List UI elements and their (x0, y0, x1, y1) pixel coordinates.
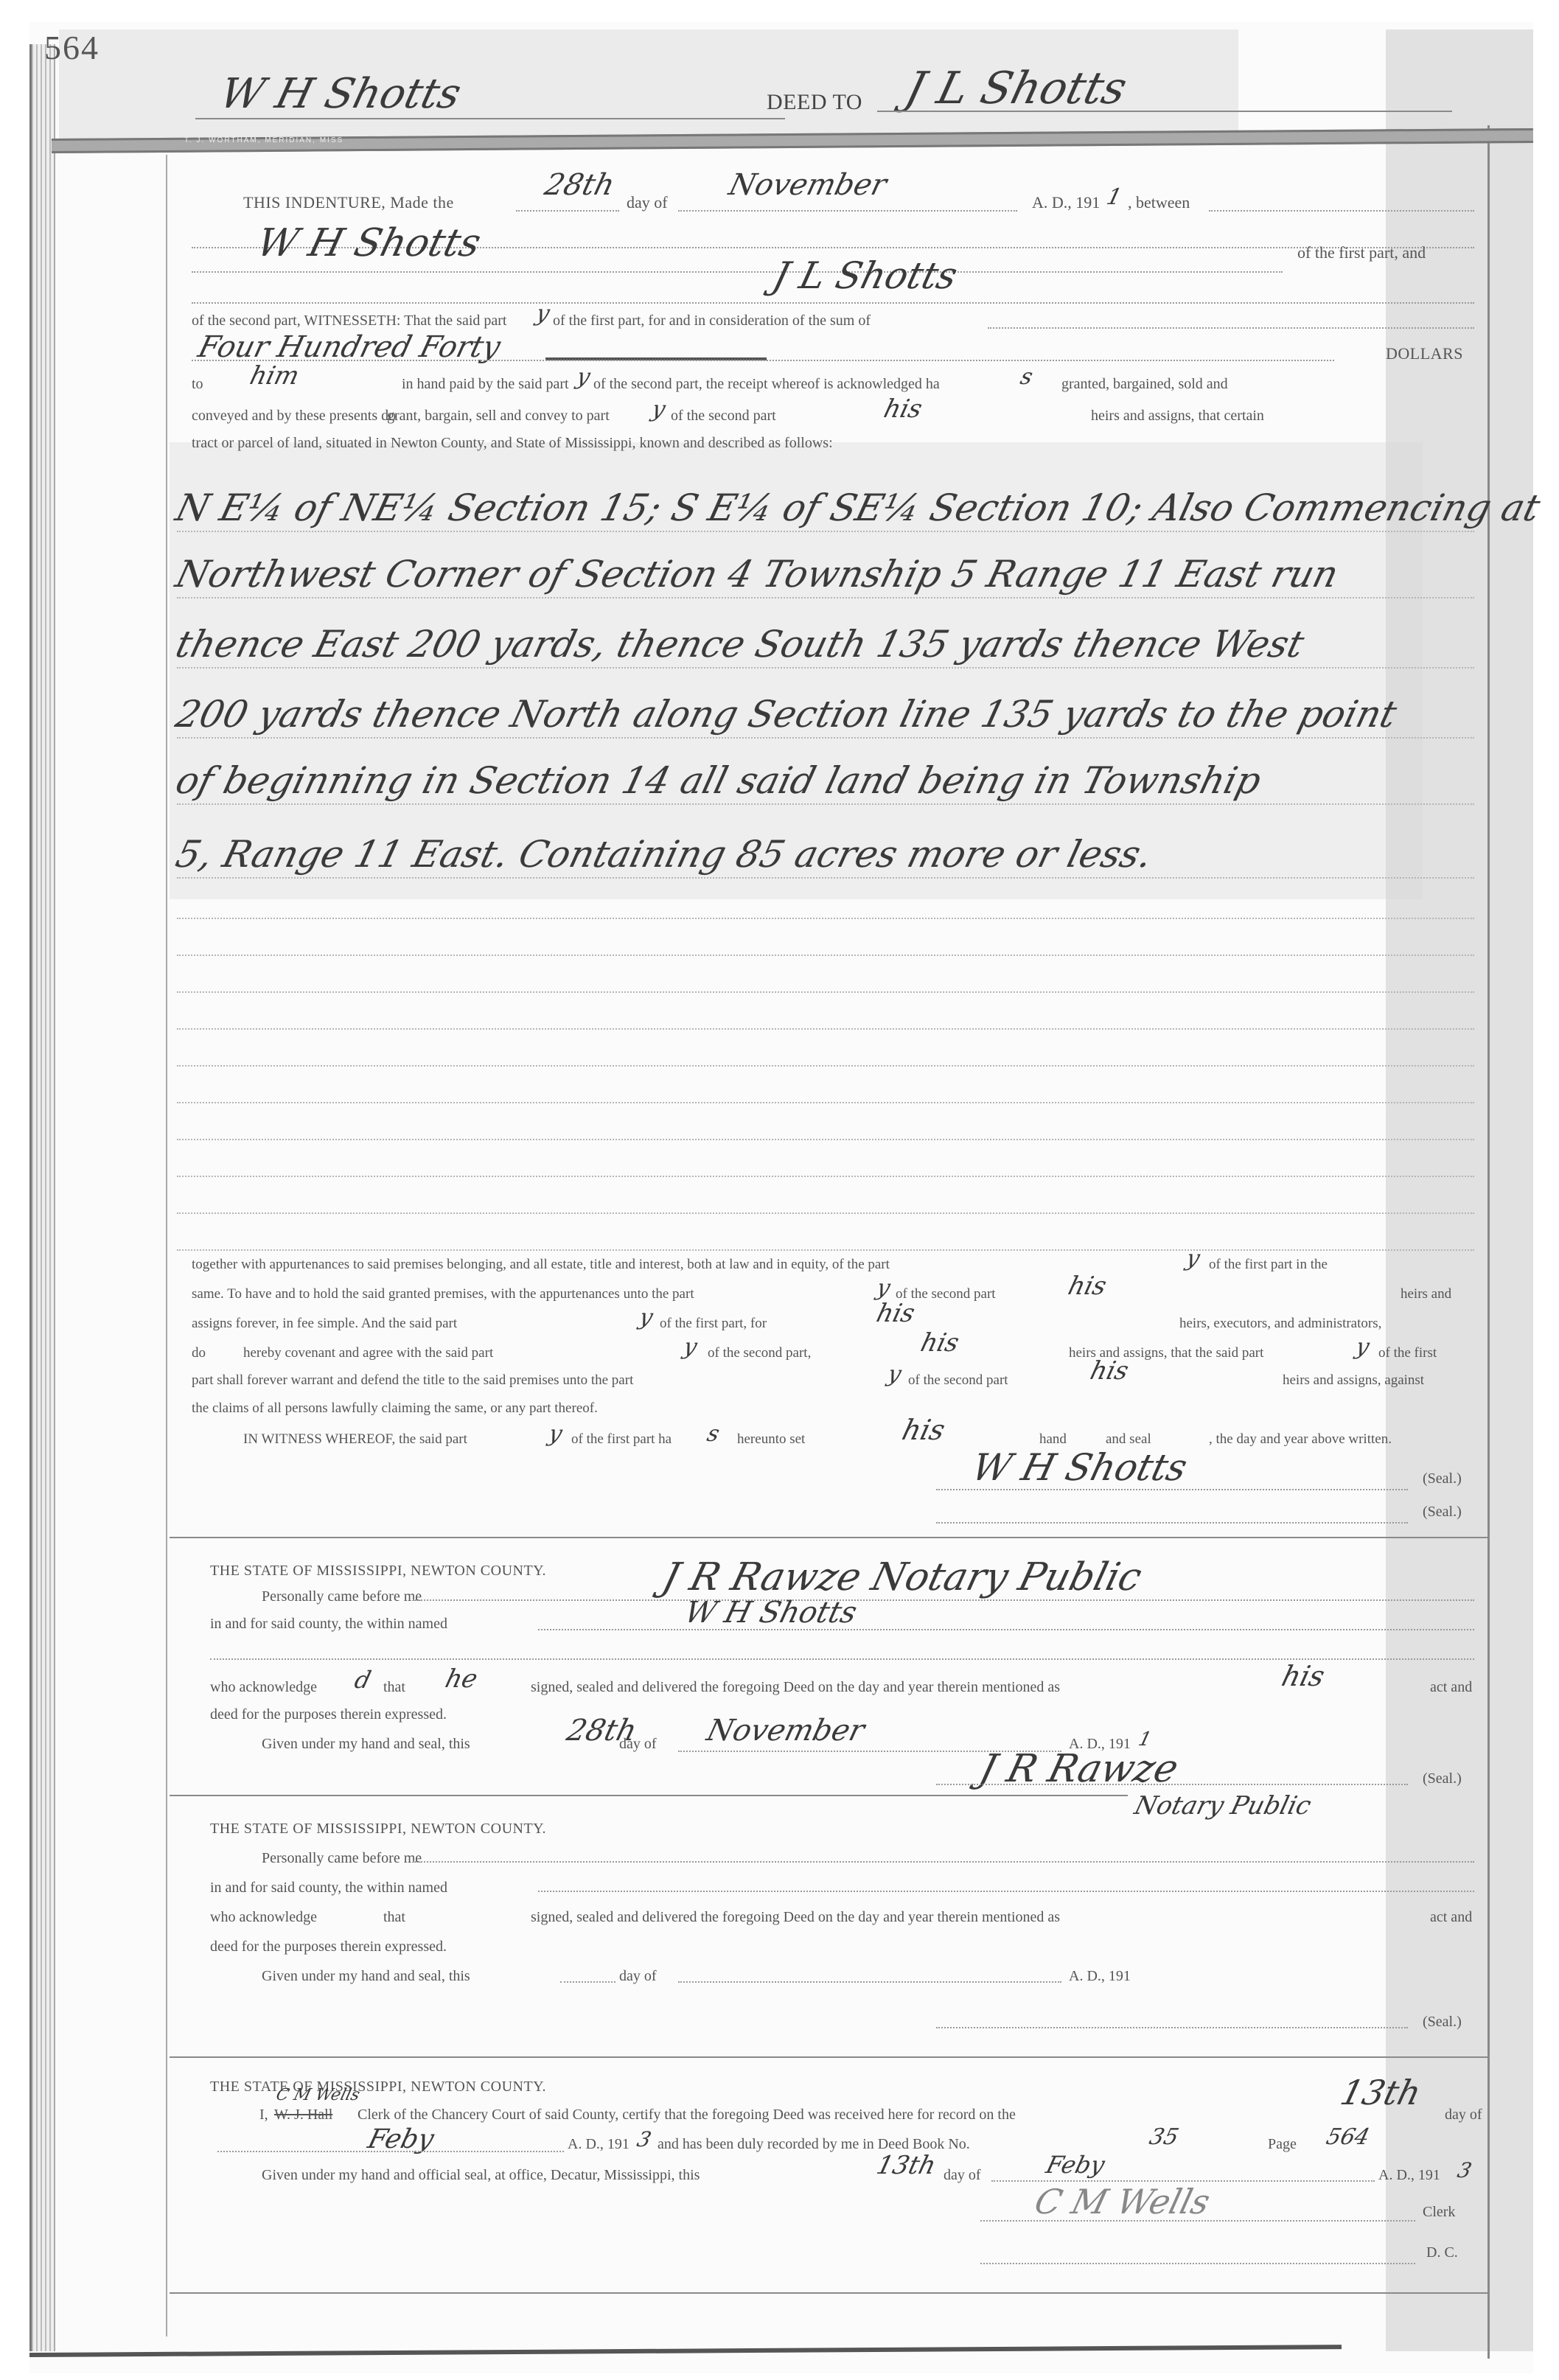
first-part-label: of the first part, and (1297, 243, 1426, 262)
ack2-came-before: Personally came before me (262, 1850, 422, 1867)
ack2-sig-rule (936, 2027, 1408, 2028)
habendum-line-3c: heirs, executors, and administrators, (1179, 1316, 1381, 1332)
land-rule (177, 1212, 1474, 1214)
signature-rule-1 (936, 1489, 1408, 1490)
frame-left-line (166, 155, 167, 2337)
heirs-pronoun: his (881, 394, 925, 424)
second-party-name: J L Shotts (769, 254, 962, 297)
habendum-line-4a: do (192, 1345, 206, 1361)
cert-c: day of (1445, 2107, 1482, 2123)
tract-clause: tract or parcel of land, situated in New… (192, 435, 833, 452)
notary-title: Notary Public (1131, 1791, 1314, 1821)
ack2-purposes: deed for the purposes therein expressed. (210, 1938, 447, 1955)
given-a: Given under my hand and official seal, a… (262, 2167, 700, 2184)
habendum-line-1b: of the first part in the (1209, 1257, 1328, 1273)
habendum-line-3a: assigns forever, in fee simple. And the … (192, 1316, 457, 1332)
witness-clause-a: IN WITNESS WHEREOF, the said part (243, 1431, 467, 1448)
ack1-clause-c: signed, sealed and delivered the foregoi… (531, 1679, 1060, 1696)
ack2-clause-a: who acknowledge (210, 1909, 317, 1926)
ack2-day-rule (560, 1981, 615, 1983)
section-divider (170, 2292, 1489, 2294)
habendum-line-6: the claims of all persons lawfully claim… (192, 1400, 598, 1417)
indenture-month: November (725, 168, 890, 202)
day-of-label: day of (627, 193, 668, 212)
heirs-clause: heirs and assigns, that certain (1091, 408, 1264, 425)
between-rule (1209, 210, 1474, 212)
clerk-label: Clerk (1423, 2204, 1455, 2221)
land-rule (177, 1176, 1474, 1177)
land-rule (177, 737, 1474, 739)
received-month-rule (217, 2151, 564, 2152)
paid-to: him (247, 361, 302, 391)
land-line: thence East 200 yards, thence South 135 … (172, 623, 1308, 666)
ack1-purposes: deed for the purposes therein expressed. (210, 1706, 447, 1723)
ack2-county-clause: in and for said county, the within named (210, 1880, 447, 1896)
grant-clause: grant, bargain, sell and convey to part (387, 408, 610, 425)
grantor-heading-rule (195, 118, 785, 119)
ack1-rule (413, 1599, 1474, 1601)
habendum-line-4b: hereby covenant and agree with the said … (243, 1345, 493, 1361)
to-label: to (192, 376, 203, 393)
ack2-rule (538, 1891, 1474, 1892)
book-binding-edge (29, 44, 55, 2351)
ack2-clause-b: that (383, 1909, 405, 1926)
second-party-rule (192, 302, 1474, 304)
grantee-heading-rule (877, 111, 1452, 112)
ack2-date-rule (678, 1981, 1061, 1983)
land-rule (177, 955, 1474, 956)
ack1-heading: THE STATE OF MISSISSIPPI, NEWTON COUNTY. (210, 1563, 546, 1580)
seal-label: (Seal.) (1423, 1504, 1462, 1521)
habendum-line-5c: heirs and assigns, against (1283, 1372, 1424, 1389)
ack2-clause-d: act and (1430, 1909, 1472, 1926)
signature-rule-2 (936, 1522, 1408, 1524)
ack1-named-party: W H Shotts (681, 1596, 860, 1630)
ack1-fill: his (1279, 1660, 1328, 1692)
habendum-line-3b: of the first part, for (660, 1316, 767, 1332)
ack1-clause-b: that (383, 1679, 405, 1696)
witness-fill: his (899, 1414, 949, 1446)
habendum-line-1a: together with appurtenances to said prem… (192, 1257, 890, 1273)
cert-a: I, (259, 2107, 268, 2123)
cert-ad: A. D., 191 (568, 2136, 629, 2153)
witness-clause-b: of the first part ha (571, 1431, 672, 1448)
land-rule (177, 1028, 1474, 1030)
land-rule (177, 803, 1474, 805)
land-rule (177, 1065, 1474, 1067)
ack2-given-ad: A. D., 191 (1069, 1968, 1131, 1985)
ack1-given-b: day of (619, 1736, 657, 1753)
section-divider (170, 1537, 1489, 1538)
deed-title: DEED TO (767, 90, 862, 115)
between-label: , between (1128, 193, 1190, 212)
land-rule (177, 667, 1474, 669)
consideration-rule (988, 327, 1474, 329)
clerk-signature: C M Wells (1030, 2182, 1214, 2222)
dc-label: D. C. (1426, 2244, 1458, 2261)
grantor-signature: W H Shotts (968, 1446, 1192, 1489)
land-line: Northwest Corner of Section 4 Township 5… (172, 553, 1343, 596)
day-rule (516, 210, 619, 212)
sum-rule (192, 360, 1334, 361)
land-line: 200 yards thence North along Section lin… (172, 693, 1401, 736)
land-rule (177, 597, 1474, 599)
conveyed-clause: conveyed and by these presents do (192, 408, 396, 425)
land-rule (177, 918, 1474, 919)
scan-shadow-right (1386, 29, 1533, 2351)
ack2-given-a: Given under my hand and seal, this (262, 1968, 470, 1985)
ack1-clause-d: act and (1430, 1679, 1472, 1696)
habendum-line-2a: same. To have and to hold the said grant… (192, 1286, 694, 1302)
habendum-fill: his (1065, 1271, 1109, 1301)
indenture-intro: THIS INDENTURE, Made the (243, 193, 454, 212)
witnesseth-clause: of the second part, WITNESSETH: That the… (192, 313, 507, 329)
land-rule (177, 1249, 1474, 1251)
witness-clause-d: hand (1039, 1431, 1067, 1448)
land-rule (177, 1102, 1474, 1103)
paid-clause: in hand paid by the said part (402, 376, 569, 393)
dc-rule (980, 2263, 1415, 2264)
recording-heading: THE STATE OF MISSISSIPPI, NEWTON COUNTY. (210, 2079, 546, 2095)
second-part-label: of the second part (671, 408, 776, 425)
page-label: Page (1268, 2136, 1297, 2153)
land-line: 5, Range 11 East. Containing 85 acres mo… (172, 833, 1157, 876)
land-line: N E¼ of NE¼ Section 15; S E¼ of SE¼ Sect… (172, 486, 1544, 529)
received-month: Feby (365, 2124, 437, 2154)
ack2-heading: THE STATE OF MISSISSIPPI, NEWTON COUNTY. (210, 1821, 546, 1838)
witness-clause-f: , the day and year above written. (1209, 1431, 1392, 1448)
ack1-rule (210, 1658, 1474, 1660)
habendum-fill: his (1087, 1356, 1131, 1386)
page-number-recorded: 564 (1324, 2124, 1373, 2150)
habendum-line-4c: of the second part, (708, 1345, 811, 1361)
ack1-clause-a: who acknowledge (210, 1679, 317, 1696)
grantor-heading: W H Shotts (215, 70, 466, 118)
ack1-came-before: Personally came before me (262, 1588, 422, 1605)
habendum-fill: his (873, 1299, 918, 1328)
land-rule (177, 877, 1474, 879)
habendum-line-5a: part shall forever warrant and defend th… (192, 1372, 633, 1389)
indenture-day: 28th (541, 168, 618, 202)
seal-label: (Seal.) (1423, 1470, 1462, 1487)
clerk-name-struck: W. J. Hall (274, 2107, 332, 2123)
first-party-name: W H Shotts (253, 221, 486, 265)
clerk-rule (980, 2220, 1415, 2222)
ack1-seal: (Seal.) (1423, 1770, 1462, 1787)
ack1-given-month: November (703, 1714, 868, 1748)
given-b: day of (944, 2167, 981, 2184)
witness-clause-c: hereunto set (737, 1431, 805, 1448)
habendum-line-4e: of the first (1378, 1345, 1437, 1361)
ack1-officer: J R Rawze Notary Public (658, 1555, 1146, 1599)
consideration-clause: of the first part, for and in considerat… (553, 313, 871, 329)
ack2-seal: (Seal.) (1423, 2014, 1462, 2031)
ack1-sig-rule (936, 1784, 1408, 1785)
frame-right-line (1487, 125, 1490, 2359)
page-number: 564 (44, 28, 100, 67)
first-party-rule (192, 271, 1283, 273)
clerk-name-hand: C M Wells (274, 2086, 362, 2104)
habendum-line-2c: heirs and (1401, 1286, 1451, 1302)
receipt-clause: of the second part, the receipt whereof … (593, 376, 940, 393)
section-divider (170, 2056, 1489, 2058)
ack2-given-b: day of (619, 1968, 657, 1985)
land-rule (177, 991, 1474, 993)
given-ad: A. D., 191 (1378, 2167, 1440, 2184)
habendum-fill: his (918, 1328, 962, 1358)
land-rule (177, 1139, 1474, 1140)
ack1-rule (538, 1629, 1474, 1630)
ack2-clause-c: signed, sealed and delivered the foregoi… (531, 1909, 1060, 1926)
land-line: of beginning in Section 14 all said land… (172, 759, 1266, 802)
given-day: 13th (873, 2151, 939, 2180)
printer-imprint: T. J. WORTHAM, MERIDIAN, MISS (184, 136, 343, 144)
land-rule (177, 531, 1474, 532)
granted-clause: granted, bargained, sold and (1061, 376, 1228, 393)
ack1-county-clause: in and for said county, the within named (210, 1616, 447, 1633)
ack1-given-a: Given under my hand and seal, this (262, 1736, 470, 1753)
witness-clause-e: and seal (1106, 1431, 1151, 1448)
given-month: Feby (1043, 2151, 1107, 2179)
section-divider (170, 1795, 1128, 1796)
dollars-label: DOLLARS (1386, 344, 1463, 363)
month-rule (678, 210, 1017, 212)
cert-b: Clerk of the Chancery Court of said Coun… (358, 2107, 1016, 2123)
ack2-rule (413, 1861, 1474, 1863)
received-day: 13th (1336, 2073, 1425, 2112)
habendum-line-5b: of the second part (908, 1372, 1008, 1389)
grantee-heading: J L Shotts (900, 63, 1131, 114)
ad-label: A. D., 191 (1032, 193, 1100, 212)
